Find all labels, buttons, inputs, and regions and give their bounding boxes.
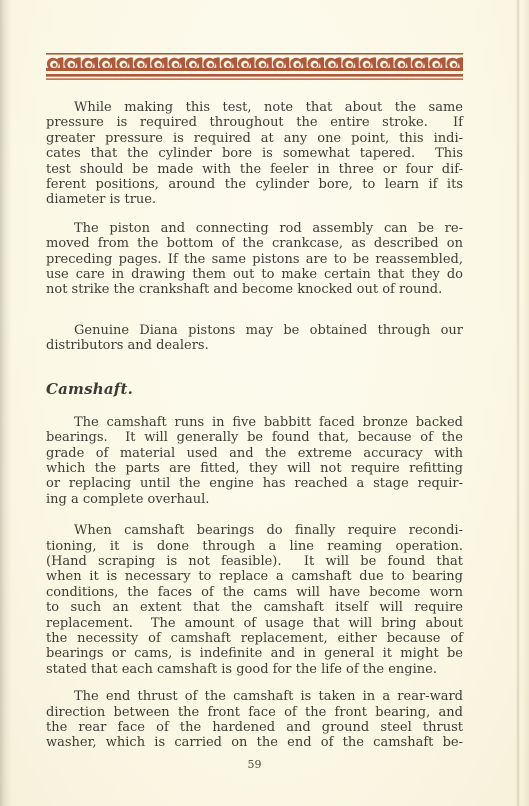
text-line: The camshaft runs in five babbitt faced …: [46, 415, 463, 430]
paragraph-genuine-pistons: Genuine Diana pistons may be obtained th…: [46, 323, 463, 354]
paragraph-piston-removal: The piston and connecting rod assembly c…: [46, 221, 463, 298]
section-heading-camshaft: Camshaft.: [46, 381, 463, 397]
text-line: ing a complete overhaul.: [46, 492, 463, 507]
text-line: diameter is true.: [46, 192, 463, 207]
text-line: not strike the crankshaft and become kno…: [46, 282, 463, 297]
border-rule-bottom: [46, 78, 463, 79]
page-gutter-shadow: [0, 0, 12, 806]
border-rule-mid: [46, 74, 463, 77]
text-line: preceding pages. If the same pistons are…: [46, 252, 463, 267]
text-line: stated that each camshaft is good for th…: [46, 662, 463, 677]
text-line: test should be made with the feeler in t…: [46, 162, 463, 177]
text-line: replacement. The amount of usage that wi…: [46, 616, 463, 631]
page-crease: [516, 0, 520, 806]
text-line: grade of material used and the extreme a…: [46, 446, 463, 461]
text-line: Genuine Diana pistons may be obtained th…: [46, 323, 463, 338]
text-line: bearings or cams, is indefinite and in g…: [46, 646, 463, 661]
text-line: conditions, the faces of the cams will h…: [46, 585, 463, 600]
text-line: pressure is required throughout the enti…: [46, 115, 463, 130]
decorative-wave-border: [46, 53, 463, 81]
paragraph-camshaft-reconditioning: When camshaft bearings do finally requir…: [46, 523, 463, 677]
wave-band: [46, 57, 463, 71]
text-line: bearings. It will generally be found tha…: [46, 430, 463, 445]
text-line: tioning, it is done through a line reami…: [46, 539, 463, 554]
text-line: greater pressure is required at any one …: [46, 131, 463, 146]
paragraph-piston-test: While making this test, note that about …: [46, 100, 463, 208]
text-line: The piston and connecting rod assembly c…: [46, 221, 463, 236]
text-line: to such an extent that the camshaft itse…: [46, 600, 463, 615]
text-line: While making this test, note that about …: [46, 100, 463, 115]
text-line: direction between the front face of the …: [46, 705, 463, 720]
text-line: the necessity of camshaft replacement, e…: [46, 631, 463, 646]
text-line: or replacing until the engine has reache…: [46, 476, 463, 491]
text-column: While making this test, note that about …: [46, 100, 463, 772]
text-line: when it is necessary to replace a camsha…: [46, 569, 463, 584]
book-page: While making this test, note that about …: [0, 0, 529, 806]
paragraph-camshaft-bearings: The camshaft runs in five babbitt faced …: [46, 415, 463, 507]
text-line: (Hand scraping is not feasible). It will…: [46, 554, 463, 569]
text-line: the rear face of the hardened and ground…: [46, 720, 463, 735]
text-line: cates that the cylinder bore is somewhat…: [46, 146, 463, 161]
text-line: When camshaft bearings do finally requir…: [46, 523, 463, 538]
page-number: 59: [46, 758, 463, 772]
paragraph-camshaft-end-thrust: The end thrust of the camshaft is taken …: [46, 689, 463, 751]
text-line: ferent positions, around the cylinder bo…: [46, 177, 463, 192]
text-line: distributors and dealers.: [46, 338, 463, 353]
text-line: which the parts are fitted, they will no…: [46, 461, 463, 476]
text-line: moved from the bottom of the crankcase, …: [46, 236, 463, 251]
border-rule-top: [46, 53, 463, 55]
page-edge-shading: [522, 0, 529, 806]
text-line: The end thrust of the camshaft is taken …: [46, 689, 463, 704]
text-line: washer, which is carried on the end of t…: [46, 735, 463, 750]
text-line: use care in drawing them out to make cer…: [46, 267, 463, 282]
